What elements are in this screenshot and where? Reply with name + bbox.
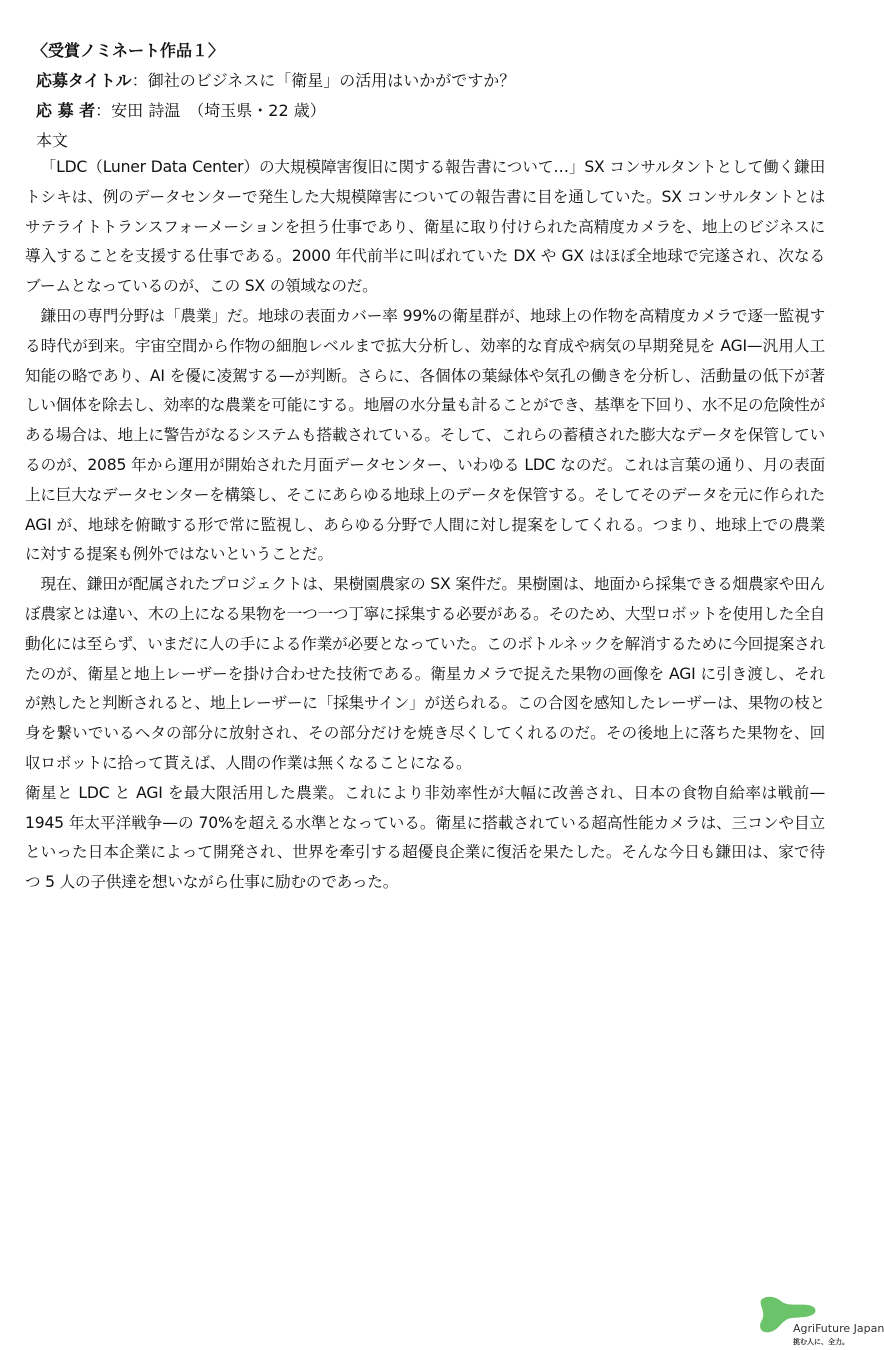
applicant-value: 安田 詩温 （埼玉県・22 歳） (111, 101, 326, 120)
document-page: 〈受賞ノミネート作品１〉 応募タイトル：御社のビジネスに「衛星」の活用はいかがで… (0, 0, 884, 1350)
paragraph-4: 衛星と LDC と AGI を最大限活用した農業。これにより非効率性が大幅に改善… (25, 779, 825, 898)
logo-tagline: 挑む人に、全力。 (793, 1337, 849, 1347)
logo-name: AgriFuture Japan (793, 1322, 884, 1335)
body-text: 「LDC（Luner Data Center）の大規模障害復旧に関する報告書につ… (25, 153, 825, 898)
paragraph-2: 鎌田の専門分野は「農業」だ。地球の表面カバー率 99%の衛星群が、地球上の作物を… (25, 302, 825, 570)
title-separator: ： (132, 71, 148, 90)
title-row: 応募タイトル：御社のビジネスに「衛星」の活用はいかがですか？ (36, 66, 836, 96)
applicant-row: 応 募 者：安田 詩温 （埼玉県・22 歳） (36, 96, 836, 126)
title-label: 応募タイトル (36, 71, 132, 90)
title-value: 御社のビジネスに「衛星」の活用はいかがですか？ (148, 71, 516, 90)
agrifuture-logo: AgriFuture Japan 挑む人に、全力。 (752, 1292, 884, 1350)
applicant-separator: ： (95, 101, 111, 120)
entry-header: 〈受賞ノミネート作品１〉 応募タイトル：御社のビジネスに「衛星」の活用はいかがで… (36, 36, 836, 156)
body-label: 本文 (36, 126, 836, 156)
paragraph-1: 「LDC（Luner Data Center）の大規模障害復旧に関する報告書につ… (25, 153, 825, 302)
paragraph-3: 現在、鎌田が配属されたプロジェクトは、果樹園農家の SX 案件だ。果樹園は、地面… (25, 570, 825, 779)
applicant-label: 応 募 者 (36, 101, 95, 120)
nominee-heading: 〈受賞ノミネート作品１〉 (32, 36, 836, 66)
